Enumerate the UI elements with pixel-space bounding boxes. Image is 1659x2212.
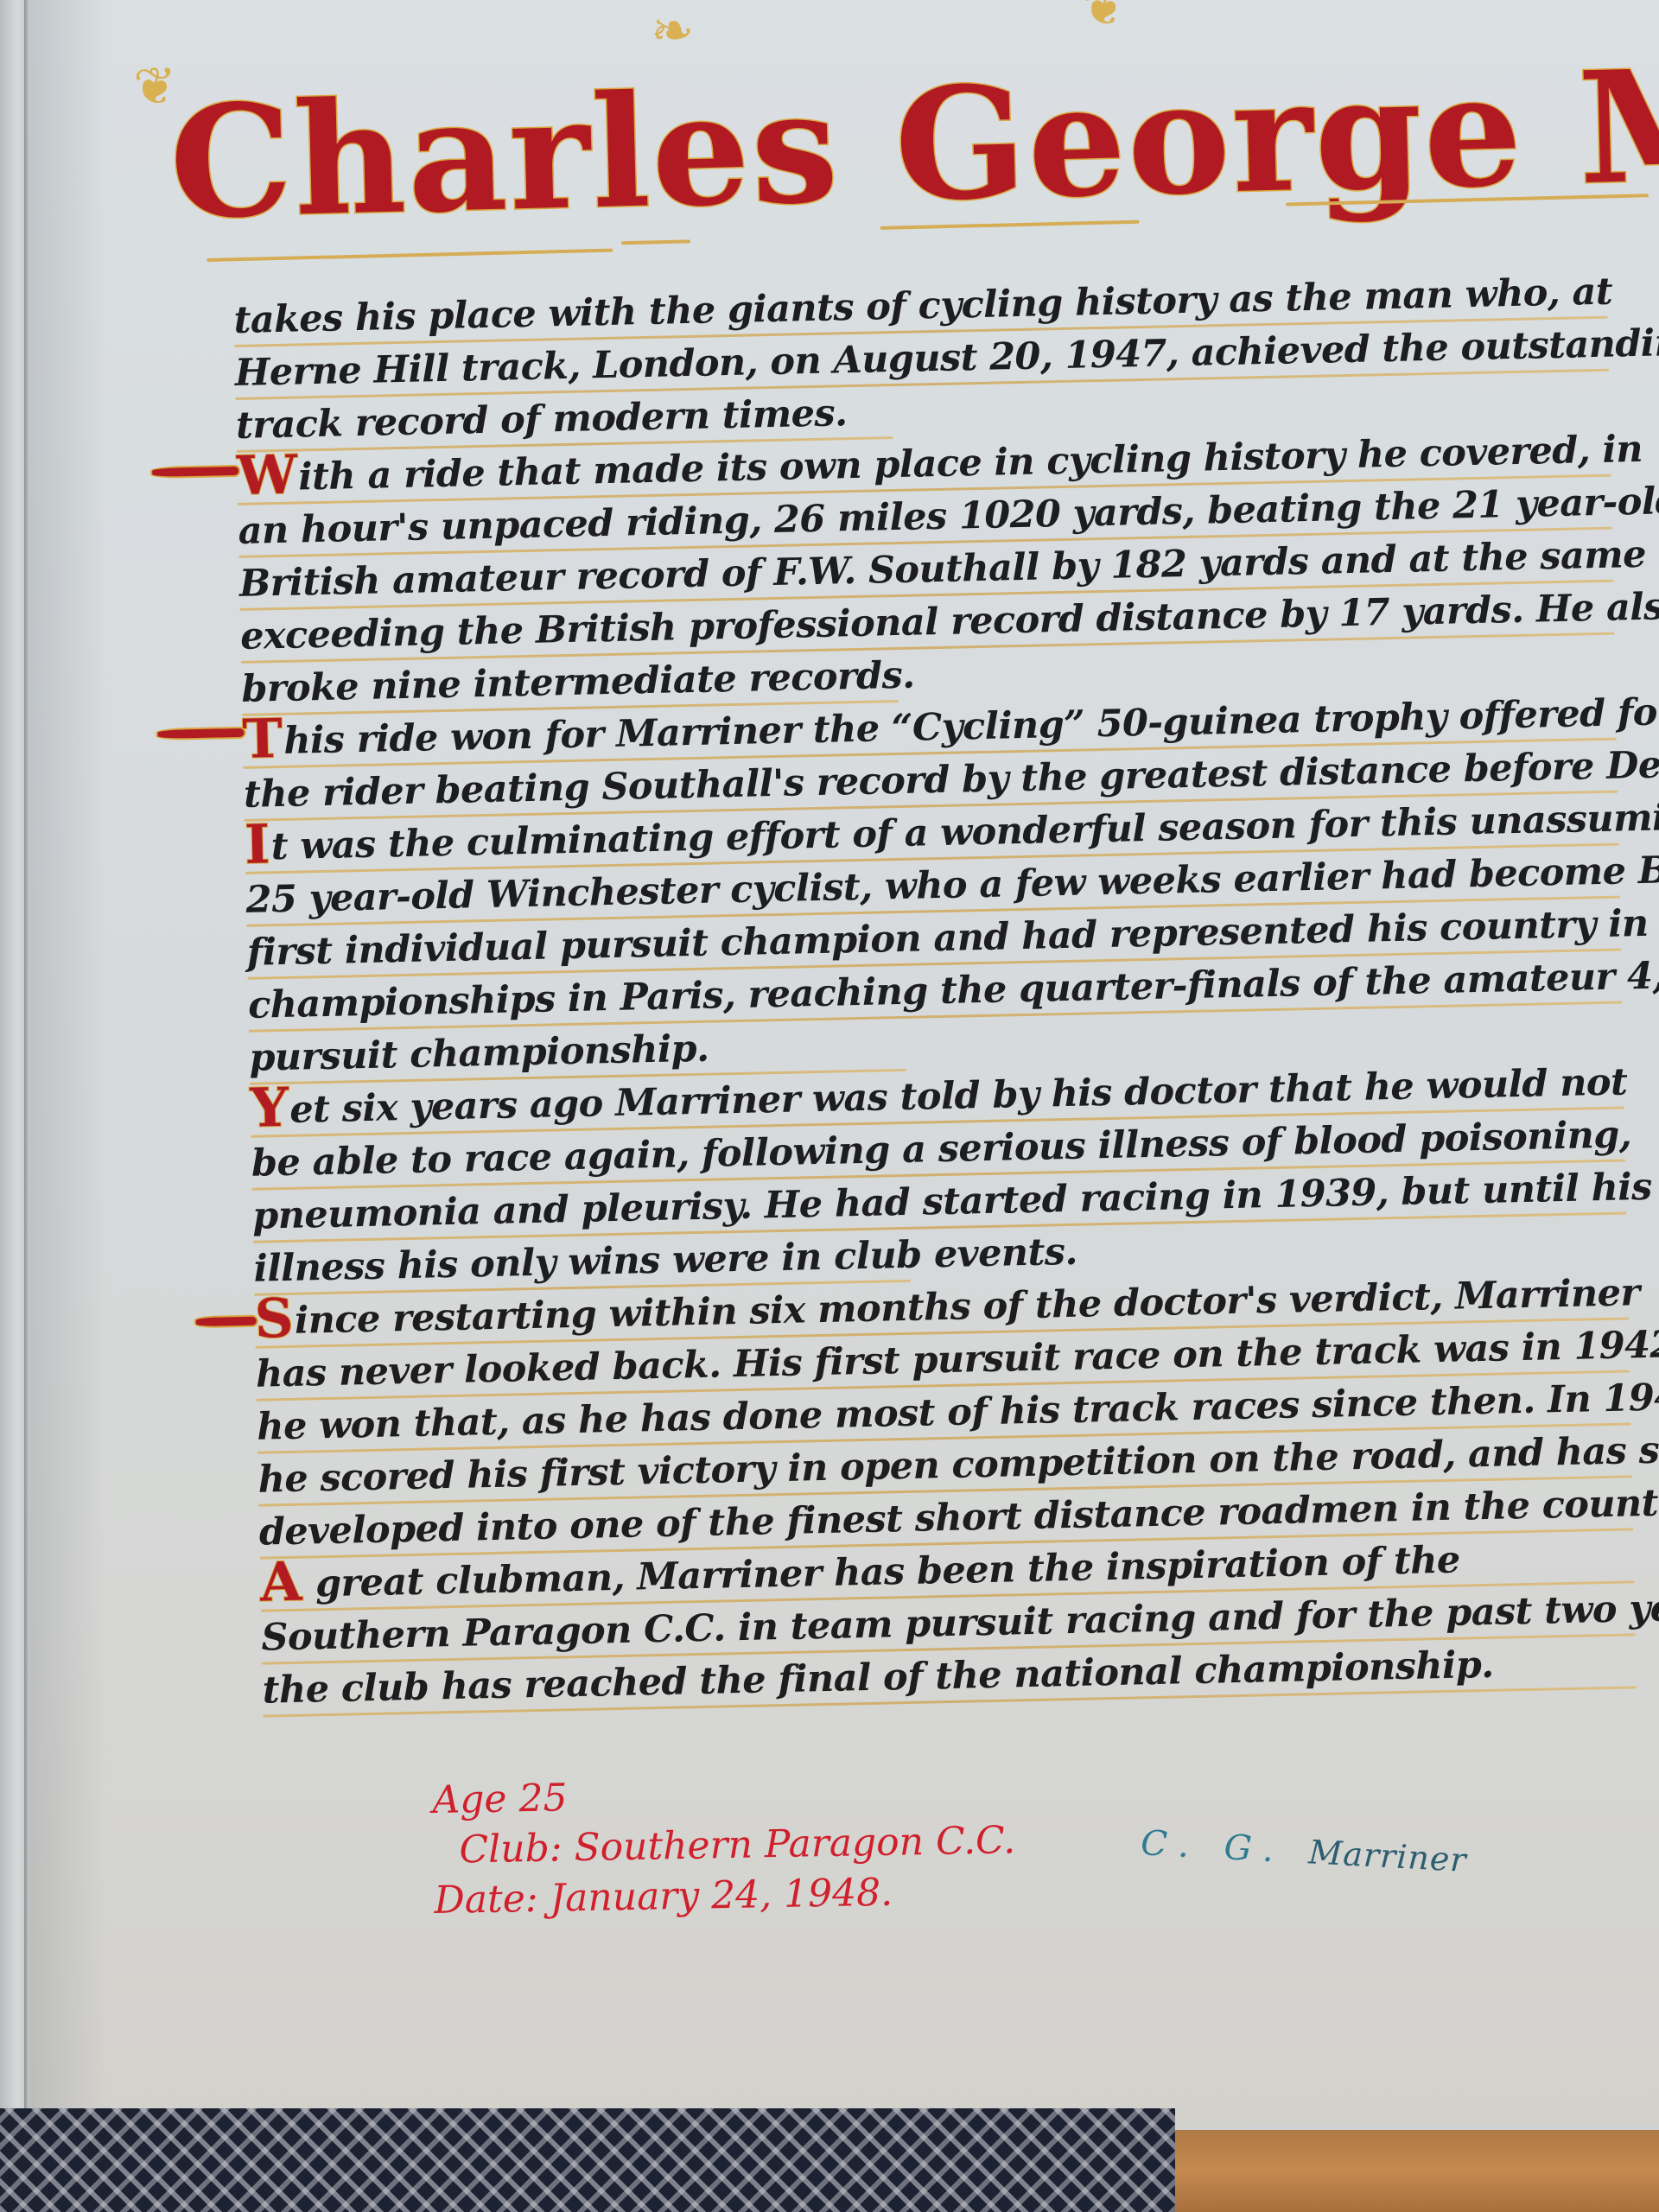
signature-surname: Marriner xyxy=(1307,1833,1467,1879)
gilt-flourish-icon: ❦ xyxy=(1082,0,1127,34)
dropcap-swash xyxy=(150,465,240,479)
club-line: Club: Southern Paragon C.C. xyxy=(433,1815,1016,1876)
dropcap: S xyxy=(254,1300,293,1338)
dropcap: I xyxy=(245,825,270,864)
dropcap-swash xyxy=(156,727,245,741)
wooden-table xyxy=(1175,2130,1659,2212)
dropcap: Y xyxy=(250,1089,289,1128)
date-line: Date: January 24, 1948. xyxy=(434,1866,1017,1926)
dropcap: W xyxy=(237,456,297,495)
signature-initials: C. G. xyxy=(1140,1823,1287,1871)
gilt-flourish-icon: ❧ xyxy=(650,4,695,57)
body-text: takes his place with the giants of cycli… xyxy=(233,268,1659,1720)
title-block: ❦ ❧ ❦ Charles George Marriner xyxy=(167,16,1658,285)
page-gutter-shadow xyxy=(29,0,107,2126)
dropcap-swash xyxy=(194,1315,258,1329)
footer-details: Age 25 Club: Southern Paragon C.C. Date:… xyxy=(432,1765,1017,1926)
gilt-rule xyxy=(621,239,690,245)
dropcap: T xyxy=(242,720,282,759)
page-title: Charles George Marriner xyxy=(168,33,1659,240)
patterned-cloth xyxy=(0,2108,1175,2212)
dropcap: A xyxy=(260,1563,302,1602)
